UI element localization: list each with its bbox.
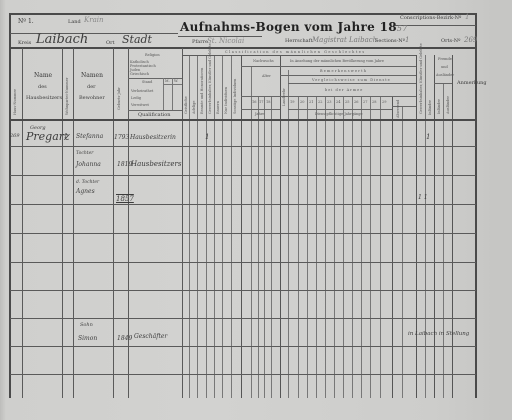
sub-col-label: Sonstige Individuen [233, 76, 237, 114]
gender-w: W. [174, 79, 178, 83]
age-number: 21 [309, 100, 313, 104]
col-line [352, 96, 353, 398]
header-fremde: Fremde [438, 57, 452, 61]
right-mark: 1 [426, 133, 430, 141]
civil-row: Verwitwet [131, 103, 149, 107]
subheader-line [434, 83, 452, 84]
subheader-line [288, 83, 416, 84]
col-line [258, 96, 259, 398]
herrschaft-label: Herrschaft [285, 38, 313, 44]
civil-row: Ledig [131, 96, 141, 100]
age-number: 25 [345, 100, 349, 104]
form-left-border [9, 13, 11, 398]
gender-m: M. [165, 79, 170, 83]
pfarre-value: St. Nicolai [207, 37, 244, 45]
house-number: 269 [10, 133, 20, 139]
row-line [10, 146, 476, 147]
header-owner-des: des [38, 84, 47, 90]
header-qualification: Qualification [138, 112, 170, 118]
subheader-line [241, 109, 280, 110]
resident-title: Tochter [76, 151, 93, 156]
header-abwesend: Abwesend [396, 108, 400, 118]
header-dienstpflichtig: Dienstpflichtige Jahrgänge [315, 112, 363, 116]
sub-col-label: Nur Individuen [224, 76, 228, 114]
gender-col-line [163, 78, 164, 110]
qualification-divider [128, 110, 182, 111]
right-mark: 1 1 [418, 194, 428, 201]
header-jahre: Jahre [255, 112, 265, 116]
col-line [392, 96, 393, 398]
age-number: 27 [363, 100, 367, 104]
sub-col-label: Bauern [216, 86, 220, 114]
qualification: Hausbesitzers [131, 160, 181, 168]
classification-title: Classification des männlichen Geschlecht… [225, 50, 366, 54]
orts-value: 269 [464, 36, 477, 44]
header-inland: Inländer [428, 75, 432, 115]
col-line [307, 96, 308, 398]
mark: 1 [205, 133, 209, 141]
row-line [10, 374, 476, 375]
row-line [10, 175, 476, 176]
ort-label: Ort [106, 40, 115, 46]
birth-year: 1819 [117, 161, 132, 168]
header-bottom-border [10, 47, 476, 49]
orts-label: Orts-Nº [441, 38, 460, 44]
conscription-value: 1 [465, 13, 469, 21]
col-line [316, 96, 317, 398]
header-alter: Alter [262, 74, 271, 78]
form-title: Aufnahms-Bogen vom Jahre 1857 [180, 20, 408, 34]
qualification: Hausbesitzerin [130, 134, 176, 141]
row-line [10, 318, 476, 319]
col-line [443, 83, 444, 398]
kreis-value: Laibach [36, 32, 88, 47]
col-line [361, 96, 362, 398]
row-line [10, 233, 476, 234]
age-number: 24 [336, 100, 340, 104]
herrschaft-value: Magistrat Laibach [312, 36, 377, 44]
col-line [380, 96, 381, 398]
birth-year: 1793 [114, 134, 129, 141]
header-fremde-ausland: Ausländer [446, 98, 450, 114]
row-line [10, 204, 476, 205]
col-line [343, 96, 344, 398]
header-birth-year: Geburts-Jahr [117, 80, 121, 110]
sections-value: 1 [405, 36, 409, 44]
sub-col-label: Beamte und Honoratioren [200, 62, 204, 114]
subheader-line [288, 109, 392, 110]
header-religion: Religion [145, 53, 160, 57]
resident-title: Sohn [80, 322, 93, 328]
age-col: 16 [252, 100, 256, 104]
land-value: Krain [84, 16, 104, 24]
page-edge [490, 0, 512, 420]
land-label: Land [68, 19, 81, 25]
header-nachwuchs: Nachwuchs [253, 59, 274, 63]
header-right-vertical: Gewerbsinhaber, Künstler und Gelehrte [419, 62, 423, 114]
remark: in Laibach in Stellung [408, 331, 469, 337]
header-landwehr: Landwehr [282, 86, 286, 106]
age-number: 19 [290, 100, 294, 104]
header-owner-name: Name [34, 72, 52, 79]
header-house-no: Haus-Nummer [13, 75, 17, 115]
age-number: 26 [354, 100, 358, 104]
age-number: 23 [327, 100, 331, 104]
sections-label: Sections-Nº [375, 38, 405, 44]
gender-col-line [172, 78, 173, 110]
conscription-label: Conscriptions-Bezirk-Nº [400, 15, 461, 21]
col-line [264, 96, 265, 398]
col-line [271, 96, 272, 398]
age-number: 20 [300, 100, 304, 104]
header-service: Vergleichsweise zum Dienste [312, 78, 391, 82]
col-line [334, 96, 335, 398]
age-col: 17 [259, 100, 263, 104]
resident-name: Johanna [76, 161, 101, 168]
civil-state-header: Stand [142, 80, 152, 84]
header-bottom-line [10, 119, 476, 121]
resident-title: d. Tochter [76, 180, 99, 185]
row-line [10, 262, 476, 263]
header-resident-der: der [87, 84, 96, 90]
resident-name: Simon [78, 335, 97, 342]
header-owner-hausbesitzer: Hausbesitzers [26, 95, 62, 101]
birth-year-note: 1857 [116, 195, 134, 203]
sheet-number-label: Nº 1. [18, 18, 34, 25]
age-col: 18 [266, 100, 270, 104]
classification-title-line [182, 55, 416, 56]
header-und: und [441, 65, 448, 69]
sub-col-label: Adelige [192, 86, 196, 114]
family-number: 1 [64, 133, 68, 140]
kreis-label: Kreis [18, 40, 31, 46]
subheader-line [241, 96, 416, 97]
resident-name: Agnes [76, 188, 95, 195]
col-line [402, 106, 403, 398]
header-resident-name: Namen [81, 72, 103, 79]
sub-col-label: Gewerbsinhaber, Künstler und Gelehrte [208, 62, 212, 114]
gender-header-line [163, 84, 182, 85]
form-right-border [475, 13, 477, 398]
header-population-note: In Ansehung der männlichen Bevölkerung v… [290, 59, 384, 63]
row-line [10, 346, 476, 347]
header-auslaender: Ausländer [436, 73, 454, 77]
age-number: 29 [382, 100, 386, 104]
age-number: 28 [372, 100, 376, 104]
row-line [10, 290, 476, 291]
ort-value: Stadt [122, 33, 152, 46]
pfarre-label: Pfarre [192, 39, 208, 45]
birth-year: 1849 [117, 335, 132, 342]
header-fremde-inland: Inländer [437, 98, 441, 114]
census-form-sheet: Nº 1. Land Krain Aufnahms-Bogen vom Jahr… [0, 0, 512, 420]
subheader-line [280, 75, 416, 76]
age-number: 22 [318, 100, 322, 104]
col-line [251, 66, 252, 398]
col-line [370, 96, 371, 398]
header-anmerkung: Anmerkung [457, 80, 487, 86]
col-line [325, 96, 326, 398]
resident-name: Stefanna [76, 133, 103, 140]
header-army: bei der Armee [325, 88, 363, 92]
header-remarkable: Bemerkenswerth [320, 69, 367, 73]
religion-row: Griechisch [130, 72, 149, 76]
civil-row: Verheirathet [131, 89, 153, 93]
subheader-line [241, 66, 416, 67]
header-family-no: Wohnpartei-Nummer [65, 75, 69, 115]
sub-col-label: Geistliche [184, 86, 188, 114]
col-line [298, 96, 299, 398]
header-resident-bewohner: Bewohner [79, 95, 105, 101]
qualification: Geschäfter [134, 333, 167, 340]
